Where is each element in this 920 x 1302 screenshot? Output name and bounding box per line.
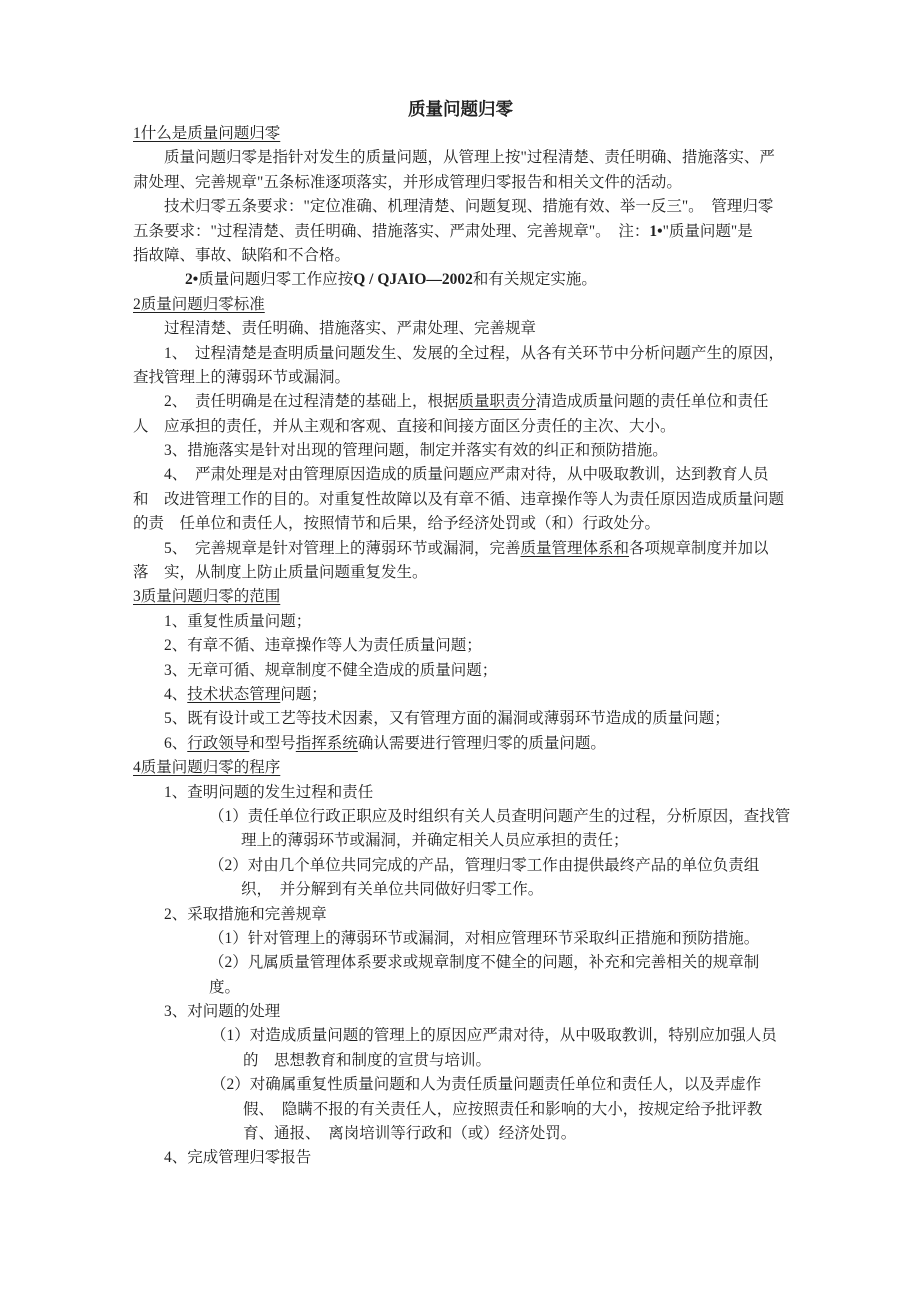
text-line: 理上的薄弱环节或漏洞，并确定相关人员应承担的责任； [133,829,788,853]
text-segment: （1）责任单位行政正职应及时组织有关人员查明问题产生的过程，分析原因，查找管 [209,808,790,825]
text-segment: 4、完成管理归零报告 [164,1149,311,1166]
text-segment: 2、采取措施和完善规章 [164,906,327,923]
text-line: 2•质量问题归零工作应按Q / QJAIO—2002和有关规定实施。 [133,268,788,292]
text-line: 技术归零五条要求："定位准确、机理清楚、问题复现、措施有效、举一反三"。 管理归… [133,195,788,219]
text-segment: 行政领导 [187,735,249,752]
text-line: 织， 并分解到有关单位共同做好归零工作。 [133,878,788,902]
text-line: 的 思想教育和制度的宣贯与培训。 [133,1049,788,1073]
text-segment: 质量问题归零是指针对发生的质量问题，从管理上按"过程清楚、责任明确、措施落实、严 [164,149,775,166]
text-line: （1）针对管理上的薄弱环节或漏洞，对相应管理环节采取纠正措施和预防措施。 [133,927,788,951]
text-segment: （1）对造成质量问题的管理上的原因应严肃对待，从中吸取教训，特别应加强人员 [211,1027,777,1044]
text-segment: 质量管理体系和 [521,540,630,557]
text-segment: 6、 [164,735,187,752]
text-segment: 3、对问题的处理 [164,1003,280,1020]
text-segment: Q / QJAIO—2002 [353,271,473,288]
text-line: 3、无章可循、规章制度不健全造成的质量问题； [133,659,788,683]
text-line: 过程清楚、责任明确、措施落实、严肃处理、完善规章 [133,317,788,341]
text-line: 1、重复性质量问题； [133,610,788,634]
text-segment: 1、 过程清楚是查明质量问题发生、发展的全过程，从各有关环节中分析问题产生的原因… [164,345,784,362]
text-segment: （2）对由几个单位共同完成的产品，管理归零工作由提供最终产品的单位负责组 [209,857,759,874]
text-segment: 织， 并分解到有关单位共同做好归零工作。 [241,881,543,898]
text-line: 肃处理、完善规章"五条标准逐项落实，并形成管理归零报告和相关文件的活动。 [133,171,788,195]
document-content: 质量问题归零 1什么是质量问题归零质量问题归零是指针对发生的质量问题，从管理上按… [133,96,788,1171]
text-segment: 3、无章可循、规章制度不健全造成的质量问题； [164,662,497,679]
text-line: 五条要求："过程清楚、责任明确、措施落实、严肃处理、完善规章"。 注：1•"质量… [133,220,788,244]
text-line: 1、查明问题的发生过程和责任 [133,781,788,805]
text-line: 假、 隐瞒不报的有关责任人，应按照责任和影响的大小，按规定给予批评教 [133,1098,788,1122]
text-line: 人 应承担的责任，并从主观和客观、直接和间接方面区分责任的主次、大小。 [133,415,788,439]
text-segment: 1、查明问题的发生过程和责任 [164,784,373,801]
section-heading: 1什么是质量问题归零 [133,122,788,146]
text-segment: 和型号 [249,735,296,752]
text-segment: 2、 责任明确是在过程清楚的基础上，根据 [164,393,459,410]
text-line: 2、采取措施和完善规章 [133,903,788,927]
text-segment: 5、既有设计或工艺等技术因素，又有管理方面的漏洞或薄弱环节造成的质量问题； [164,710,730,727]
document-body: 1什么是质量问题归零质量问题归零是指针对发生的质量问题，从管理上按"过程清楚、责… [133,122,788,1171]
text-segment: 3、措施落实是针对出现的管理问题，制定并落实有效的纠正和预防措施。 [164,442,668,459]
text-segment: "质量问题"是 [663,223,753,240]
text-segment: 过程清楚、责任明确、措施落实、严肃处理、完善规章 [164,320,536,337]
text-segment: 各项规章制度并加以 [629,540,769,557]
text-segment: 度。 [209,979,240,996]
text-segment: 和 改进管理工作的目的。对重复性故障以及有章不循、违章操作等人为责任原因造成质量… [133,491,784,508]
section-heading: 3质量问题归零的范围 [133,585,788,609]
section-heading: 4质量问题归零的程序 [133,756,788,780]
text-segment: 1、重复性质量问题； [164,613,311,630]
text-segment: （2）凡属质量管理体系要求或规章制度不健全的问题，补充和完善相关的规章制 [209,954,759,971]
text-line: 指故障、事故、缺陷和不合格。 [133,244,788,268]
text-line: 度。 [133,976,788,1000]
text-segment: 2、有章不循、违章操作等人为责任质量问题； [164,637,482,654]
text-line: 3、措施落实是针对出现的管理问题，制定并落实有效的纠正和预防措施。 [133,439,788,463]
text-segment: 人 应承担的责任，并从主观和客观、直接和间接方面区分责任的主次、大小。 [133,418,676,435]
text-line: 3、对问题的处理 [133,1000,788,1024]
text-segment: 质量问题归零工作应按 [198,271,353,288]
text-segment: 3质量问题归零的范围 [133,588,280,605]
text-line: （2）对确属重复性质量问题和人为责任质量问题责任单位和责任人，以及弄虚作 [133,1073,788,1097]
text-line: （2）凡属质量管理体系要求或规章制度不健全的问题，补充和完善相关的规章制 [133,951,788,975]
text-line: 2、 责任明确是在过程清楚的基础上，根据质量职责分清造成质量问题的责任单位和责任 [133,390,788,414]
text-segment: 假、 隐瞒不报的有关责任人，应按照责任和影响的大小，按规定给予批评教 [243,1101,762,1118]
text-segment: 质量职责分 [459,393,537,410]
text-segment: 4、 [164,686,187,703]
text-segment: 的 思想教育和制度的宣贯与培训。 [243,1052,491,1069]
text-line: 查找管理上的薄弱环节或漏洞。 [133,366,788,390]
text-segment: 指挥系统 [296,735,358,752]
text-segment: （1）针对管理上的薄弱环节或漏洞，对相应管理环节采取纠正措施和预防措施。 [209,930,759,947]
text-line: （1）责任单位行政正职应及时组织有关人员查明问题产生的过程，分析原因，查找管 [133,805,788,829]
text-segment: 1什么是质量问题归零 [133,125,280,142]
text-line: 落 实，从制度上防止质量问题重复发生。 [133,561,788,585]
text-segment: 查找管理上的薄弱环节或漏洞。 [133,369,350,386]
text-segment: 问题； [280,686,327,703]
document-title: 质量问题归零 [133,96,788,122]
text-line: 育、通报、 离岗培训等行政和（或）经济处罚。 [133,1122,788,1146]
text-segment: 落 实，从制度上防止质量问题重复发生。 [133,564,428,581]
text-segment: 肃处理、完善规章"五条标准逐项落实，并形成管理归零报告和相关文件的活动。 [133,174,682,191]
text-segment: 2质量问题归零标准 [133,296,265,313]
text-line: 6、行政领导和型号指挥系统确认需要进行管理归零的质量问题。 [133,732,788,756]
text-segment: 和有关规定实施。 [473,271,597,288]
text-segment: 5、 完善规章是针对管理上的薄弱环节或漏洞，完善 [164,540,521,557]
text-line: 质量问题归零是指针对发生的质量问题，从管理上按"过程清楚、责任明确、措施落实、严 [133,146,788,170]
text-segment: 4、 严肃处理是对由管理原因造成的质量问题应严肃对待，从中吸取教训，达到教育人员 [164,466,769,483]
text-segment: 2• [185,271,198,288]
text-segment: 技术归零五条要求："定位准确、机理清楚、问题复现、措施有效、举一反三"。 管理归… [164,198,773,215]
text-line: 2、有章不循、违章操作等人为责任质量问题； [133,634,788,658]
text-segment: 1• [649,223,662,240]
text-line: 的责 任单位和责任人，按照情节和后果，给予经济处罚或（和）行政处分。 [133,512,788,536]
section-heading: 2质量问题归零标准 [133,293,788,317]
text-line: 4、 严肃处理是对由管理原因造成的质量问题应严肃对待，从中吸取教训，达到教育人员 [133,463,788,487]
text-line: 4、完成管理归零报告 [133,1146,788,1170]
text-segment: 指故障、事故、缺陷和不合格。 [133,247,350,264]
text-line: （2）对由几个单位共同完成的产品，管理归零工作由提供最终产品的单位负责组 [133,854,788,878]
text-line: 和 改进管理工作的目的。对重复性故障以及有章不循、违章操作等人为责任原因造成质量… [133,488,788,512]
text-segment: 五条要求："过程清楚、责任明确、措施落实、严肃处理、完善规章"。 注： [133,223,649,240]
text-segment: 的责 任单位和责任人，按照情节和后果，给予经济处罚或（和）行政处分。 [133,515,660,532]
text-line: 5、 完善规章是针对管理上的薄弱环节或漏洞，完善质量管理体系和各项规章制度并加以 [133,537,788,561]
text-segment: 清造成质量问题的责任单位和责任 [536,393,769,410]
text-segment: （2）对确属重复性质量问题和人为责任质量问题责任单位和责任人，以及弄虚作 [211,1076,761,1093]
text-line: 5、既有设计或工艺等技术因素，又有管理方面的漏洞或薄弱环节造成的质量问题； [133,707,788,731]
text-segment: 4质量问题归零的程序 [133,759,280,776]
text-segment: 确认需要进行管理归零的质量问题。 [358,735,606,752]
text-segment: 育、通报、 离岗培训等行政和（或）经济处罚。 [243,1125,576,1142]
document-page: 质量问题归零 1什么是质量问题归零质量问题归零是指针对发生的质量问题，从管理上按… [0,0,920,1302]
text-line: （1）对造成质量问题的管理上的原因应严肃对待，从中吸取教训，特别应加强人员 [133,1024,788,1048]
text-line: 4、技术状态管理问题； [133,683,788,707]
text-line: 1、 过程清楚是查明质量问题发生、发展的全过程，从各有关环节中分析问题产生的原因… [133,342,788,366]
text-segment: 技术状态管理 [187,686,280,703]
text-segment: 理上的薄弱环节或漏洞，并确定相关人员应承担的责任； [241,832,629,849]
